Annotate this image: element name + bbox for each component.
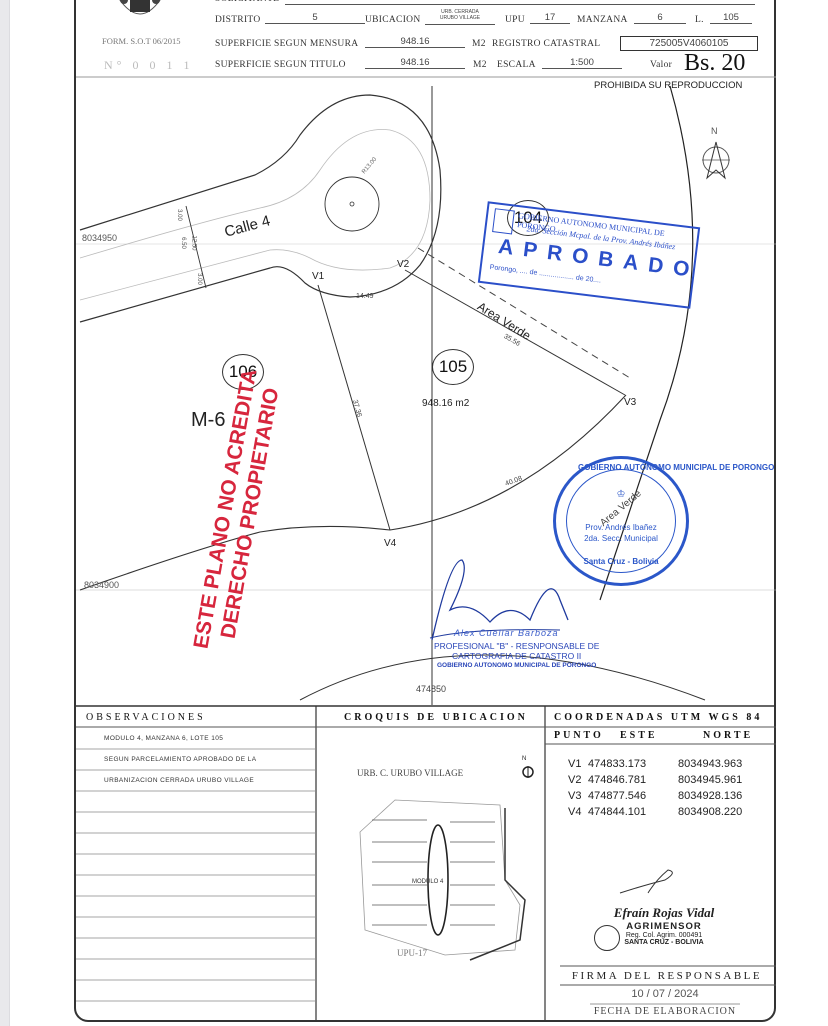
- side-v1-v2: 14.49: [356, 293, 374, 300]
- coord-row: V3474877.5468034928.136: [568, 790, 742, 802]
- coord-row: V1474833.1738034943.963: [568, 758, 742, 770]
- lot-105-marker: 105: [432, 349, 474, 385]
- croquis-upu-label: UPU-17: [397, 948, 427, 958]
- seal-crest-icon: ♔: [556, 489, 686, 500]
- signature-caption: PROFESIONAL "B" - RESNPONSABLE DE CARTOG…: [434, 642, 599, 671]
- street-dim-3: 6.50: [180, 237, 186, 249]
- vertex-v4: V4: [384, 538, 396, 549]
- lot-area: 948.16 m2: [422, 398, 469, 409]
- street-dim-4: 3.00: [196, 273, 202, 285]
- street-dim-1: 3.00: [176, 209, 182, 221]
- block-label: M-6: [191, 409, 225, 432]
- firma-label: FIRMA DEL RESPONSABLE: [562, 970, 772, 982]
- vertex-v2: V2: [397, 259, 409, 270]
- lot-plan-drawing: [0, 0, 828, 1026]
- croquis-urb-label: URB. C. URUBO VILLAGE: [357, 768, 463, 778]
- observaciones-title: OBSERVACIONES: [86, 712, 206, 723]
- croquis-north-label: N: [522, 756, 526, 762]
- grid-north-label-bottom: 8034900: [84, 580, 119, 590]
- coordenadas-title: COORDENADAS UTM WGS 84: [554, 712, 762, 723]
- col-norte: NORTE: [703, 730, 753, 741]
- fecha-elaboracion: 10 / 07 / 2024: [590, 988, 740, 1000]
- surveyor-logo-icon: [594, 925, 620, 951]
- col-punto: PUNTO: [554, 730, 604, 741]
- observacion-line: URBANIZACION CERRADA URUBO VILLAGE: [104, 777, 254, 784]
- grid-north-label-top: 8034950: [82, 233, 117, 243]
- coord-row: V2474846.7818034945.961: [568, 774, 742, 786]
- grid-east-label: 474850: [416, 684, 446, 694]
- stamp-crest-icon: [492, 208, 515, 234]
- signature-name: Alex Cuellar Barboza: [454, 628, 559, 638]
- municipal-seal: GOBIERNO AUTÓNOMO MUNICIPAL DE PORONGO ♔…: [553, 456, 689, 586]
- vertex-v3: V3: [624, 397, 636, 408]
- coord-row: V4474844.1018034908.220: [568, 806, 742, 818]
- north-label: N: [711, 126, 718, 136]
- street-dim-2: 12.50: [191, 235, 197, 250]
- fecha-label: FECHA DE ELABORACION: [580, 1006, 750, 1017]
- observacion-line: MODULO 4, MANZANA 6, LOTE 105: [104, 735, 223, 742]
- col-este: ESTE: [620, 730, 658, 741]
- croquis-module-label: MODULO 4: [412, 879, 443, 885]
- observacion-line: SEGUN PARCELAMIENTO APROBADO DE LA: [104, 756, 256, 763]
- vertex-v1: V1: [312, 271, 324, 282]
- croquis-title: CROQUIS DE UBICACION: [344, 712, 528, 723]
